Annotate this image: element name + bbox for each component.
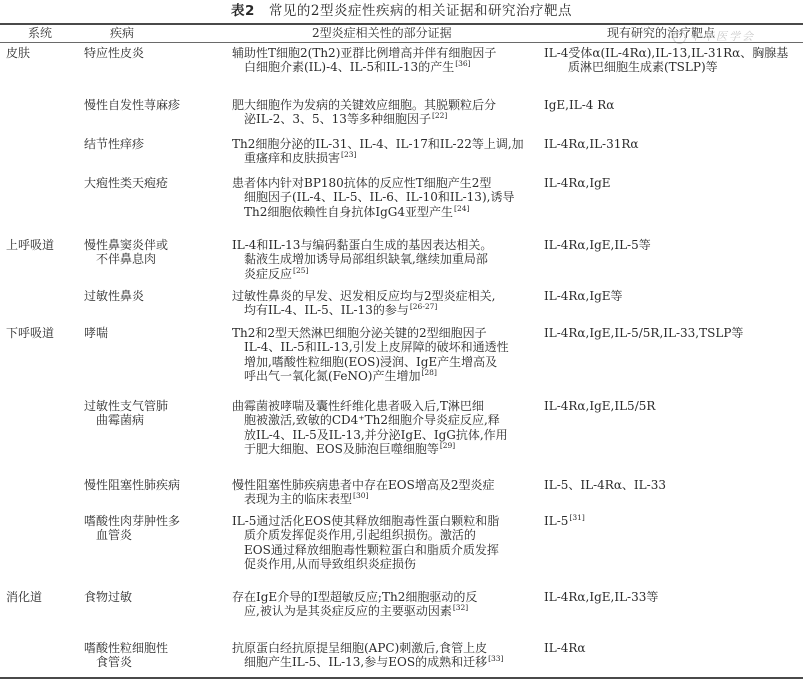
disease-cell: 慢性阻塞性肺疾病 (84, 478, 204, 492)
evidence-cell: 辅助性T细胞2(Th2)亚群比例增高并伴有细胞因子白细胞介素(IL)-4、IL-… (232, 46, 538, 75)
header-rule (0, 42, 803, 43)
text-line: Th2和2型天然淋巴细胞分泌关键的2型细胞因子 (232, 326, 538, 340)
text-line: 胞被激活,致敏的CD4⁺Th2细胞介导炎症反应,释 (232, 413, 538, 427)
disease-cell: 大疱性类天疱疮 (84, 176, 204, 190)
targets-cell: IL-4受体α(IL-4Rα),IL-13,IL-31Rα、胸腺基质淋巴细胞生成… (544, 46, 799, 75)
text-line: 嗜酸性肉芽肿性多 (84, 514, 204, 528)
text-line: 呼出气一氧化氮(FeNO)产生增加[28] (232, 369, 538, 383)
text-line: IL-5通过活化EOS使其释放细胞毒性蛋白颗粒和脂 (232, 514, 538, 528)
text-line: 辅助性T细胞2(Th2)亚群比例增高并伴有细胞因子 (232, 46, 538, 60)
evidence-cell: 曲霉菌被哮喘及囊性纤维化患者吸入后,T淋巴细胞被激活,致敏的CD4⁺Th2细胞介… (232, 399, 538, 456)
text-line: IL-4Rα,IgE等 (544, 289, 799, 303)
citation-ref: [28] (421, 368, 436, 377)
text-line: 过敏性鼻炎 (84, 289, 204, 303)
text-line: Th2细胞分泌的IL-31、IL-4、IL-17和IL-22等上调,加 (232, 137, 538, 151)
text-line: 增加,嗜酸性粒细胞(EOS)浸润、IgE产生增高及 (232, 355, 538, 369)
header-evidence: 2型炎症相关性的部分证据 (312, 25, 452, 41)
text-line: IL-5[31] (544, 514, 799, 528)
targets-cell: IL-5[31] (544, 514, 799, 528)
text-line: 炎症反应[25] (232, 267, 538, 281)
disease-cell: 哮喘 (84, 326, 204, 340)
text-line: IL-4Rα,IgE,IL-5等 (544, 238, 799, 252)
evidence-cell: IL-5通过活化EOS使其释放细胞毒性蛋白颗粒和脂质介质发挥促炎作用,引起组织损… (232, 514, 538, 571)
text-line: 重瘙痒和皮肤损害[23] (232, 151, 538, 165)
text-line: 慢性自发性荨麻疹 (84, 98, 204, 112)
citation-ref: [31] (569, 513, 584, 522)
header-system: 系统 (28, 25, 52, 41)
text-line: 患者体内针对BP180抗体的反应性T细胞产生2型 (232, 176, 538, 190)
disease-cell: 慢性鼻窦炎伴或不伴鼻息肉 (84, 238, 204, 267)
text-line: 应,被认为是其炎症反应的主要驱动因素[32] (232, 604, 538, 618)
system-cell: 下呼吸道 (6, 326, 76, 340)
citation-ref: [32] (453, 603, 468, 612)
disease-cell: 嗜酸性肉芽肿性多血管炎 (84, 514, 204, 543)
disease-cell: 食物过敏 (84, 590, 204, 604)
text-line: IL-4、IL-5和IL-13,引发上皮屏障的破坏和通透性 (232, 340, 538, 354)
targets-cell: IL-4Rα,IgE等 (544, 289, 799, 303)
targets-cell: IL-4Rα,IgE,IL-5/5R,IL-33,TSLP等 (544, 326, 799, 340)
text-line: 曲霉菌被哮喘及囊性纤维化患者吸入后,T淋巴细 (232, 399, 538, 413)
targets-cell: IL-4Rα,IgE,IL-5等 (544, 238, 799, 252)
text-line: 表现为主的临床表型[30] (232, 492, 538, 506)
text-line: IL-5、IL-4Rα、IL-33 (544, 478, 799, 492)
targets-cell: IL-4Rα,IgE,IL-33等 (544, 590, 799, 604)
text-line: IL-4Rα,IgE,IL5/5R (544, 399, 799, 413)
disease-cell: 特应性皮炎 (84, 46, 204, 60)
evidence-cell: IL-4和IL-13与编码黏蛋白生成的基因表达相关。黏液生成增加诱导局部组织缺氧… (232, 238, 538, 281)
targets-cell: IL-4Rα,IgE (544, 176, 799, 190)
text-line: 过敏性支气管肺 (84, 399, 204, 413)
text-line: 慢性阻塞性肺疾病 (84, 478, 204, 492)
text-line: IL-4Rα,IL-31Rα (544, 137, 799, 151)
evidence-cell: 过敏性鼻炎的早发、迟发相反应均与2型炎症相关,均有IL-4、IL-5、IL-13… (232, 289, 538, 318)
citation-ref: [23] (341, 150, 356, 159)
targets-cell: IgE,IL-4 Rα (544, 98, 799, 112)
evidence-cell: Th2和2型天然淋巴细胞分泌关键的2型细胞因子IL-4、IL-5和IL-13,引… (232, 326, 538, 383)
text-line: 黏液生成增加诱导局部组织缺氧,继续加重局部 (232, 252, 538, 266)
evidence-cell: 抗原蛋白经抗原提呈细胞(APC)刺激后,食管上皮细胞产生IL-5、IL-13,参… (232, 641, 538, 670)
text-line: 抗原蛋白经抗原提呈细胞(APC)刺激后,食管上皮 (232, 641, 538, 655)
text-line: 肥大细胞作为发病的关键效应细胞。其脱颗粒后分 (232, 98, 538, 112)
text-line: 存在IgE介导的Ⅰ型超敏反应;Th2细胞驱动的反 (232, 590, 538, 604)
citation-ref: [30] (353, 491, 368, 500)
citation-ref: [26-27] (410, 302, 437, 311)
evidence-cell: 慢性阻塞性肺疾病患者中存在EOS增高及2型炎症表现为主的临床表型[30] (232, 478, 538, 507)
text-line: 促炎作用,从而导致组织炎症损伤 (232, 557, 538, 571)
table-number: 表2 (231, 3, 255, 19)
text-line: 不伴鼻息肉 (84, 252, 204, 266)
text-line: IL-4受体α(IL-4Rα),IL-13,IL-31Rα、胸腺基 (544, 46, 799, 60)
text-line: 细胞产生IL-5、IL-13,参与EOS的成熟和迁移[33] (232, 655, 538, 669)
text-line: 放IL-4、IL-5及IL-13,并分泌IgE、IgG抗体,作用 (232, 428, 538, 442)
text-line: 于肥大细胞、EOS及肺泡巨噬细胞等[29] (232, 442, 538, 456)
text-line: 白细胞介素(IL)-4、IL-5和IL-13的产生[36] (232, 60, 538, 74)
targets-cell: IL-4Rα,IgE,IL5/5R (544, 399, 799, 413)
text-line: 特应性皮炎 (84, 46, 204, 60)
text-line: IL-4Rα,IgE (544, 176, 799, 190)
citation-ref: [25] (293, 266, 308, 275)
text-line: Th2细胞依赖性自身抗体IgG4亚型产生[24] (232, 205, 538, 219)
text-line: 泌IL-2、3、5、13等多种细胞因子[22] (232, 112, 538, 126)
citation-ref: [24] (454, 204, 469, 213)
evidence-cell: Th2细胞分泌的IL-31、IL-4、IL-17和IL-22等上调,加重瘙痒和皮… (232, 137, 538, 166)
targets-cell: IL-5、IL-4Rα、IL-33 (544, 478, 799, 492)
text-line: 均有IL-4、IL-5、IL-13的参与[26-27] (232, 303, 538, 317)
text-line: 细胞因子(IL-4、IL-5、IL-6、IL-10和IL-13),诱导 (232, 190, 538, 204)
bottom-rule (0, 677, 803, 679)
text-line: 慢性鼻窦炎伴或 (84, 238, 204, 252)
text-line: 曲霉菌病 (84, 413, 204, 427)
citation-ref: [33] (488, 654, 503, 663)
text-line: 哮喘 (84, 326, 204, 340)
text-line: 慢性阻塞性肺疾病患者中存在EOS增高及2型炎症 (232, 478, 538, 492)
text-line: 质介质发挥促炎作用,引起组织损伤。激活的 (232, 528, 538, 542)
citation-ref: [36] (455, 59, 470, 68)
text-line: IL-4Rα (544, 641, 799, 655)
text-line: 食物过敏 (84, 590, 204, 604)
disease-cell: 过敏性支气管肺曲霉菌病 (84, 399, 204, 428)
system-cell: 消化道 (6, 590, 76, 604)
disease-cell: 过敏性鼻炎 (84, 289, 204, 303)
disease-cell: 结节性痒疹 (84, 137, 204, 151)
text-line: IL-4和IL-13与编码黏蛋白生成的基因表达相关。 (232, 238, 538, 252)
evidence-cell: 肥大细胞作为发病的关键效应细胞。其脱颗粒后分泌IL-2、3、5、13等多种细胞因… (232, 98, 538, 127)
text-line: IgE,IL-4 Rα (544, 98, 799, 112)
text-line: IL-4Rα,IgE,IL-5/5R,IL-33,TSLP等 (544, 326, 799, 340)
text-line: 食管炎 (84, 655, 204, 669)
text-line: 过敏性鼻炎的早发、迟发相反应均与2型炎症相关, (232, 289, 538, 303)
table-title: 常见的2型炎症性疾病的相关证据和研究治疗靶点 (269, 3, 572, 19)
evidence-cell: 存在IgE介导的Ⅰ型超敏反应;Th2细胞驱动的反应,被认为是其炎症反应的主要驱动… (232, 590, 538, 619)
table-caption: 表2常见的2型炎症性疾病的相关证据和研究治疗靶点 (0, 2, 803, 20)
disease-cell: 嗜酸性粒细胞性食管炎 (84, 641, 204, 670)
disease-cell: 慢性自发性荨麻疹 (84, 98, 204, 112)
system-cell: 皮肤 (6, 46, 76, 60)
targets-cell: IL-4Rα,IL-31Rα (544, 137, 799, 151)
citation-ref: [29] (440, 441, 455, 450)
evidence-cell: 患者体内针对BP180抗体的反应性T细胞产生2型细胞因子(IL-4、IL-5、I… (232, 176, 538, 219)
system-cell: 上呼吸道 (6, 238, 76, 252)
targets-cell: IL-4Rα (544, 641, 799, 655)
text-line: 嗜酸性粒细胞性 (84, 641, 204, 655)
citation-ref: [22] (432, 111, 447, 120)
text-line: 血管炎 (84, 528, 204, 542)
header-disease: 疾病 (110, 25, 134, 41)
text-line: IL-4Rα,IgE,IL-33等 (544, 590, 799, 604)
text-line: 结节性痒疹 (84, 137, 204, 151)
text-line: 质淋巴细胞生成素(TSLP)等 (544, 60, 799, 74)
text-line: 大疱性类天疱疮 (84, 176, 204, 190)
text-line: EOS通过释放细胞毒性颗粒蛋白和脂质介质发挥 (232, 543, 538, 557)
